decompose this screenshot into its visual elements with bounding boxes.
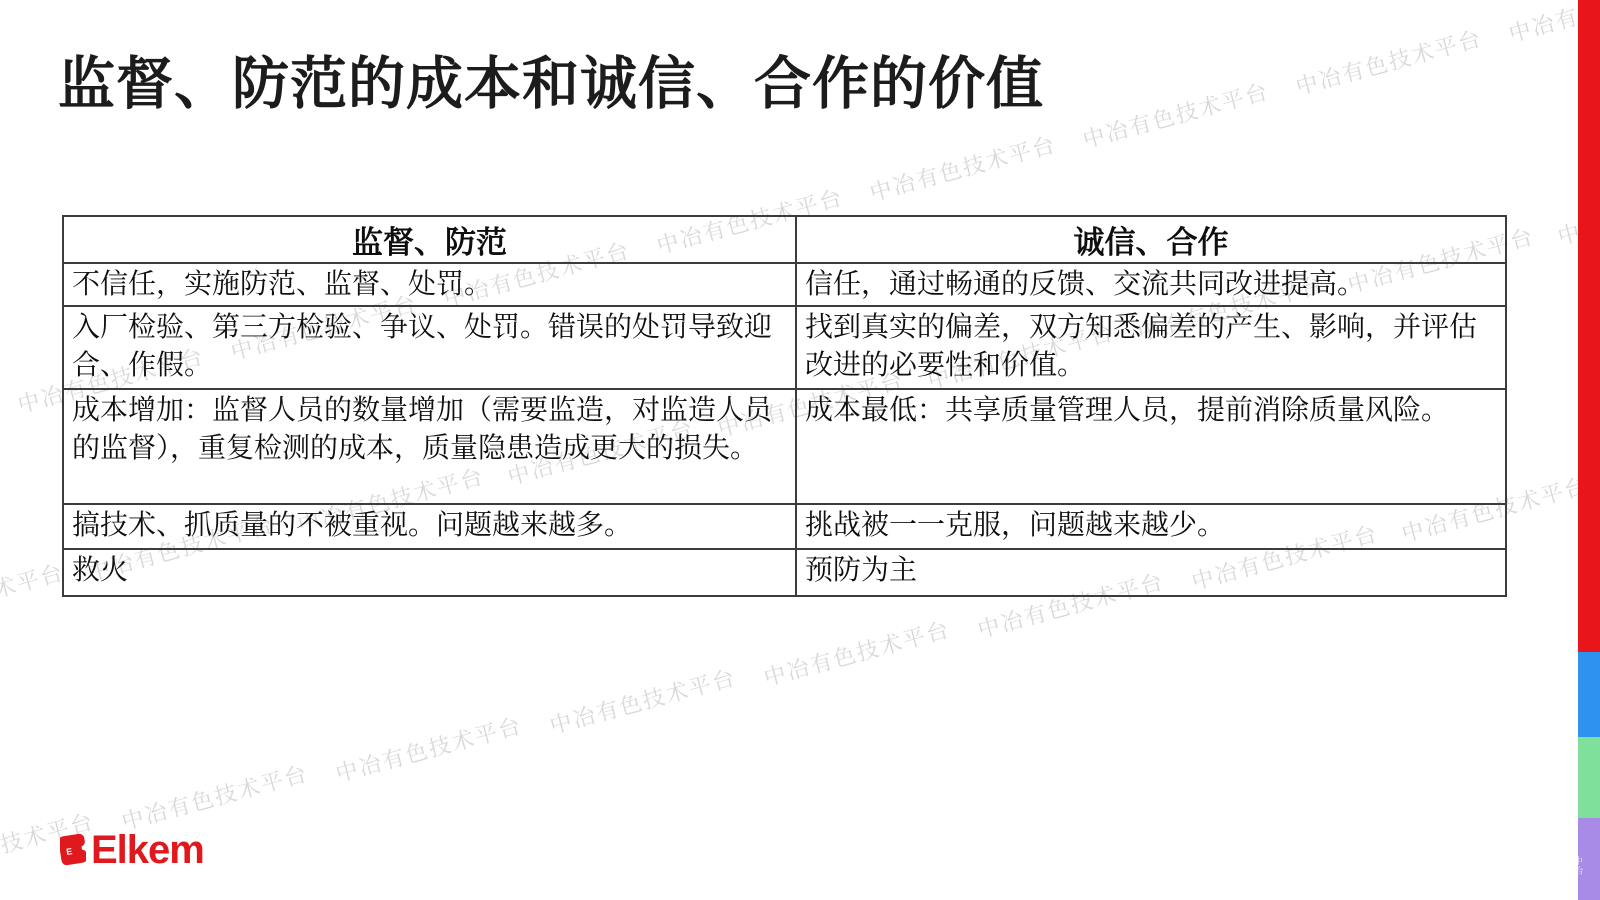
comparison-table: 监督、防范 诚信、合作 不信任，实施防范、监督、处罚。信任，通过畅通的反馈、交流…	[62, 215, 1507, 597]
watermark-text: 中冶有色技术平台	[118, 757, 311, 837]
table-cell: 成本最低：共享质量管理人员，提前消除质量风险。	[796, 389, 1506, 504]
stripe-segment-red	[1578, 0, 1600, 652]
table-header-integrity: 诚信、合作	[796, 216, 1506, 263]
watermark-text: 中冶有色技术平台	[866, 128, 1059, 208]
table-cell: 预防为主	[796, 549, 1506, 596]
table-row: 成本增加：监督人员的数量增加（需要监造，对监造人员的监督），重复检测的成本，质量…	[63, 389, 1506, 504]
table-header-supervision: 监督、防范	[63, 216, 796, 263]
watermark-text: 中冶有色技术平台	[332, 709, 525, 789]
elkem-e-icon: E	[60, 832, 86, 868]
watermark-text: 中冶有色技术平台	[1079, 75, 1272, 155]
table-cell: 信任，通过畅通的反馈、交流共同改进提高。	[796, 263, 1506, 306]
slide-title: 监督、防范的成本和诚信、合作的价值	[58, 38, 1044, 120]
elkem-wordmark: Elkem	[91, 830, 204, 870]
presentation-slide: 中冶有色技术平台中冶有色技术平台中冶有色技术平台中冶有色技术平台中冶有色技术平台…	[0, 0, 1600, 900]
table-row: 不信任，实施防范、监督、处罚。信任，通过畅通的反馈、交流共同改进提高。	[63, 263, 1506, 306]
stripe-watermark-fragment: 中冶	[1572, 856, 1585, 876]
table-cell: 入厂检验、第三方检验、争议、处罚。错误的处罚导致迎合、作假。	[63, 306, 796, 389]
edge-color-stripe	[1578, 0, 1600, 900]
watermark-text: 中冶有色技术平台	[0, 556, 67, 636]
watermark-text: 中冶有色技术平台	[760, 613, 953, 693]
table-cell: 搞技术、抓质量的不被重视。问题越来越多。	[63, 504, 796, 549]
table-row: 救火预防为主	[63, 549, 1506, 596]
elkem-logo: E Elkem	[60, 830, 204, 870]
table-row: 入厂检验、第三方检验、争议、处罚。错误的处罚导致迎合、作假。找到真实的偏差，双方…	[63, 306, 1506, 389]
table-cell: 找到真实的偏差，双方知悉偏差的产生、影响，并评估改进的必要性和价值。	[796, 306, 1506, 389]
table-cell: 不信任，实施防范、监督、处罚。	[63, 263, 796, 306]
watermark-text: 中冶有色技术平台	[1292, 22, 1485, 102]
table-cell: 成本增加：监督人员的数量增加（需要监造，对监造人员的监督），重复检测的成本，质量…	[63, 389, 796, 504]
stripe-segment-blue	[1578, 652, 1600, 737]
stripe-segment-green	[1578, 737, 1600, 818]
table-cell: 挑战被一一克服，问题越来越少。	[796, 504, 1506, 549]
table-cell: 救火	[63, 549, 796, 596]
watermark-text: 中冶有色技术平台	[546, 661, 739, 741]
table-row: 搞技术、抓质量的不被重视。问题越来越多。挑战被一一克服，问题越来越少。	[63, 504, 1506, 549]
table-header-row: 监督、防范 诚信、合作	[63, 216, 1506, 263]
